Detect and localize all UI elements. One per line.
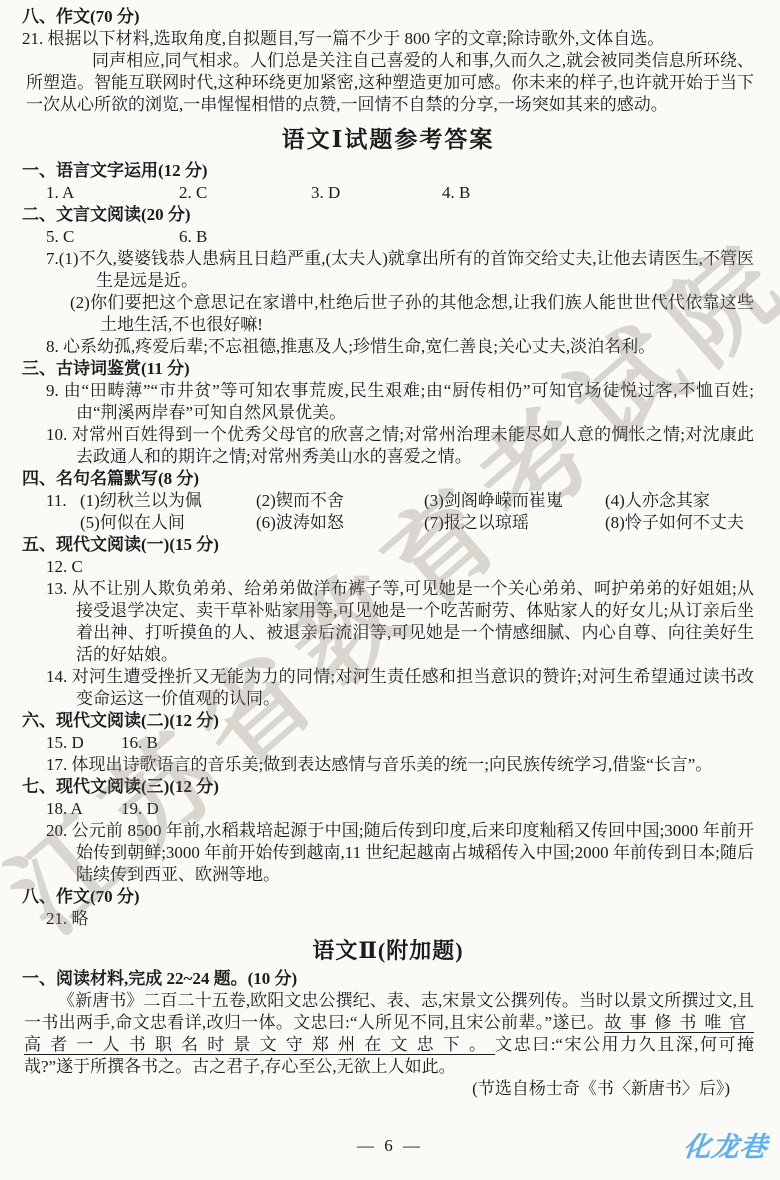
answer-row-q15-16: 15. D 16. B <box>46 732 754 754</box>
section-heading-5: 五、现代文阅读(一)(15 分) <box>22 534 754 556</box>
essay-question-21: 21. 根据以下材料,选取角度,自拟题目,写一篇不少于 800 字的文章;除诗歌… <box>22 28 754 50</box>
passage-attribution: (节选自杨士奇《书〈新唐书〉后》) <box>22 1078 754 1100</box>
recitation-3: (3)剑阁峥嵘而崔嵬 <box>424 490 605 512</box>
paper2-section-heading-1: 一、阅读材料,完成 22~24 题。(10 分) <box>22 968 754 990</box>
answer-q19: 19. D <box>121 798 754 820</box>
answer-q13: 13. 从不让别人欺负弟弟、给弟弟做洋布裤子等,可见她是一个关心弟弟、呵护弟弟的… <box>46 578 754 666</box>
answer-q7-part2: (2)你们要把这个意思记在家谱中,杜绝后世子孙的其他念想,让我们族人能世世代代依… <box>70 292 754 336</box>
answer-q6: 6. B <box>179 226 311 248</box>
section-heading-6: 六、现代文阅读(二)(12 分) <box>22 710 754 732</box>
answer-q21: 21. 略 <box>46 908 754 930</box>
answer-q4: 4. B <box>442 182 754 204</box>
recitation-answers-grid: (1)纫秋兰以为佩 (2)锲而不舍 (3)剑阁峥嵘而崔嵬 (4)人亦念其家 (5… <box>80 490 754 534</box>
answer-q18: 18. A <box>46 798 121 820</box>
answer-q1: 1. A <box>46 182 179 204</box>
recitation-4: (4)人亦念其家 <box>605 490 754 512</box>
essay-material-paragraph: 同声相应,同气相求。人们总是关注自己喜爱的人和事,久而久之,就会被同类信息所环绕… <box>26 50 754 116</box>
recitation-7: (7)报之以琼瑶 <box>424 512 605 534</box>
answer-q14: 14. 对河生遭受挫折又无能为力的同情;对河生责任感和担当意识的赞许;对河生希望… <box>46 666 754 710</box>
recitation-1: (1)纫秋兰以为佩 <box>80 490 256 512</box>
section-heading-1: 一、语言文字运用(12 分) <box>22 160 754 182</box>
answer-key-page: 八、作文(70 分) 21. 根据以下材料,选取角度,自拟题目,写一篇不少于 8… <box>0 0 780 1100</box>
answer-q9: 9. 由“田畴薄”“市井贫”等可知农事荒废,民生艰难;由“厨传相仍”可知官场徒悦… <box>46 380 754 424</box>
answer-q11: 11. (1)纫秋兰以为佩 (2)锲而不舍 (3)剑阁峥嵘而崔嵬 (4)人亦念其… <box>46 490 754 534</box>
answer-q15: 15. D <box>46 732 121 754</box>
page-number: — 6 — <box>0 1136 780 1156</box>
answer-q2: 2. C <box>179 182 311 204</box>
answer-row-q5-6: 5. C 6. B <box>46 226 754 248</box>
section-heading-4: 四、名句名篇默写(8 分) <box>22 468 754 490</box>
answer-q10: 10. 对常州百姓得到一个优秀父母官的欣喜之情;对常州治理未能尽如人意的惆怅之情… <box>46 424 754 468</box>
paper2-title: 语文Ⅱ(附加题) <box>22 938 754 964</box>
recitation-6: (6)波涛如怒 <box>256 512 424 534</box>
section-heading-essay-top: 八、作文(70 分) <box>22 6 754 28</box>
classical-passage: 《新唐书》二百二十五卷,欧阳文忠公撰纪、表、志,宋景文公撰列传。当时以景文所撰过… <box>24 990 754 1078</box>
answer-q3: 3. D <box>311 182 442 204</box>
hualongxiang-logo: 化龙巷 <box>682 1125 770 1164</box>
answer-q12: 12. C <box>46 556 754 578</box>
paper1-title: 语文Ⅰ试题参考答案 <box>22 126 754 154</box>
answer-row-q18-19: 18. A 19. D <box>46 798 754 820</box>
section-heading-8: 八、作文(70 分) <box>22 886 754 908</box>
recitation-5: (5)何似在人间 <box>80 512 256 534</box>
section-heading-7: 七、现代文阅读(三)(12 分) <box>22 776 754 798</box>
section-heading-2: 二、文言文阅读(20 分) <box>22 204 754 226</box>
answer-q17: 17. 体现出诗歌语言的音乐美;做到表达感情与音乐美的统一;向民族传统学习,借鉴… <box>46 754 754 776</box>
section-heading-3: 三、古诗词鉴赏(11 分) <box>22 358 754 380</box>
answer-q20: 20. 公元前 8500 年前,水稻栽培起源于中国;随后传到印度,后来印度籼稻又… <box>46 820 754 886</box>
answer-q7-part1: 7.(1)不久,婆婆钱恭人患病且日趋严重,(太夫人)就拿出所有的首饰交给丈夫,让… <box>46 248 754 292</box>
answer-row-q1-4: 1. A 2. C 3. D 4. B <box>46 182 754 204</box>
answer-q11-label: 11. <box>46 490 80 534</box>
answer-q16: 16. B <box>121 732 754 754</box>
answer-q8: 8. 心系幼孤,疼爱后辈;不忘祖德,推惠及人;珍惜生命,宽仁善良;关心丈夫,淡泊… <box>46 336 754 358</box>
recitation-2: (2)锲而不舍 <box>256 490 424 512</box>
answer-q5: 5. C <box>46 226 179 248</box>
recitation-8: (8)怜子如何不丈夫 <box>605 512 754 534</box>
